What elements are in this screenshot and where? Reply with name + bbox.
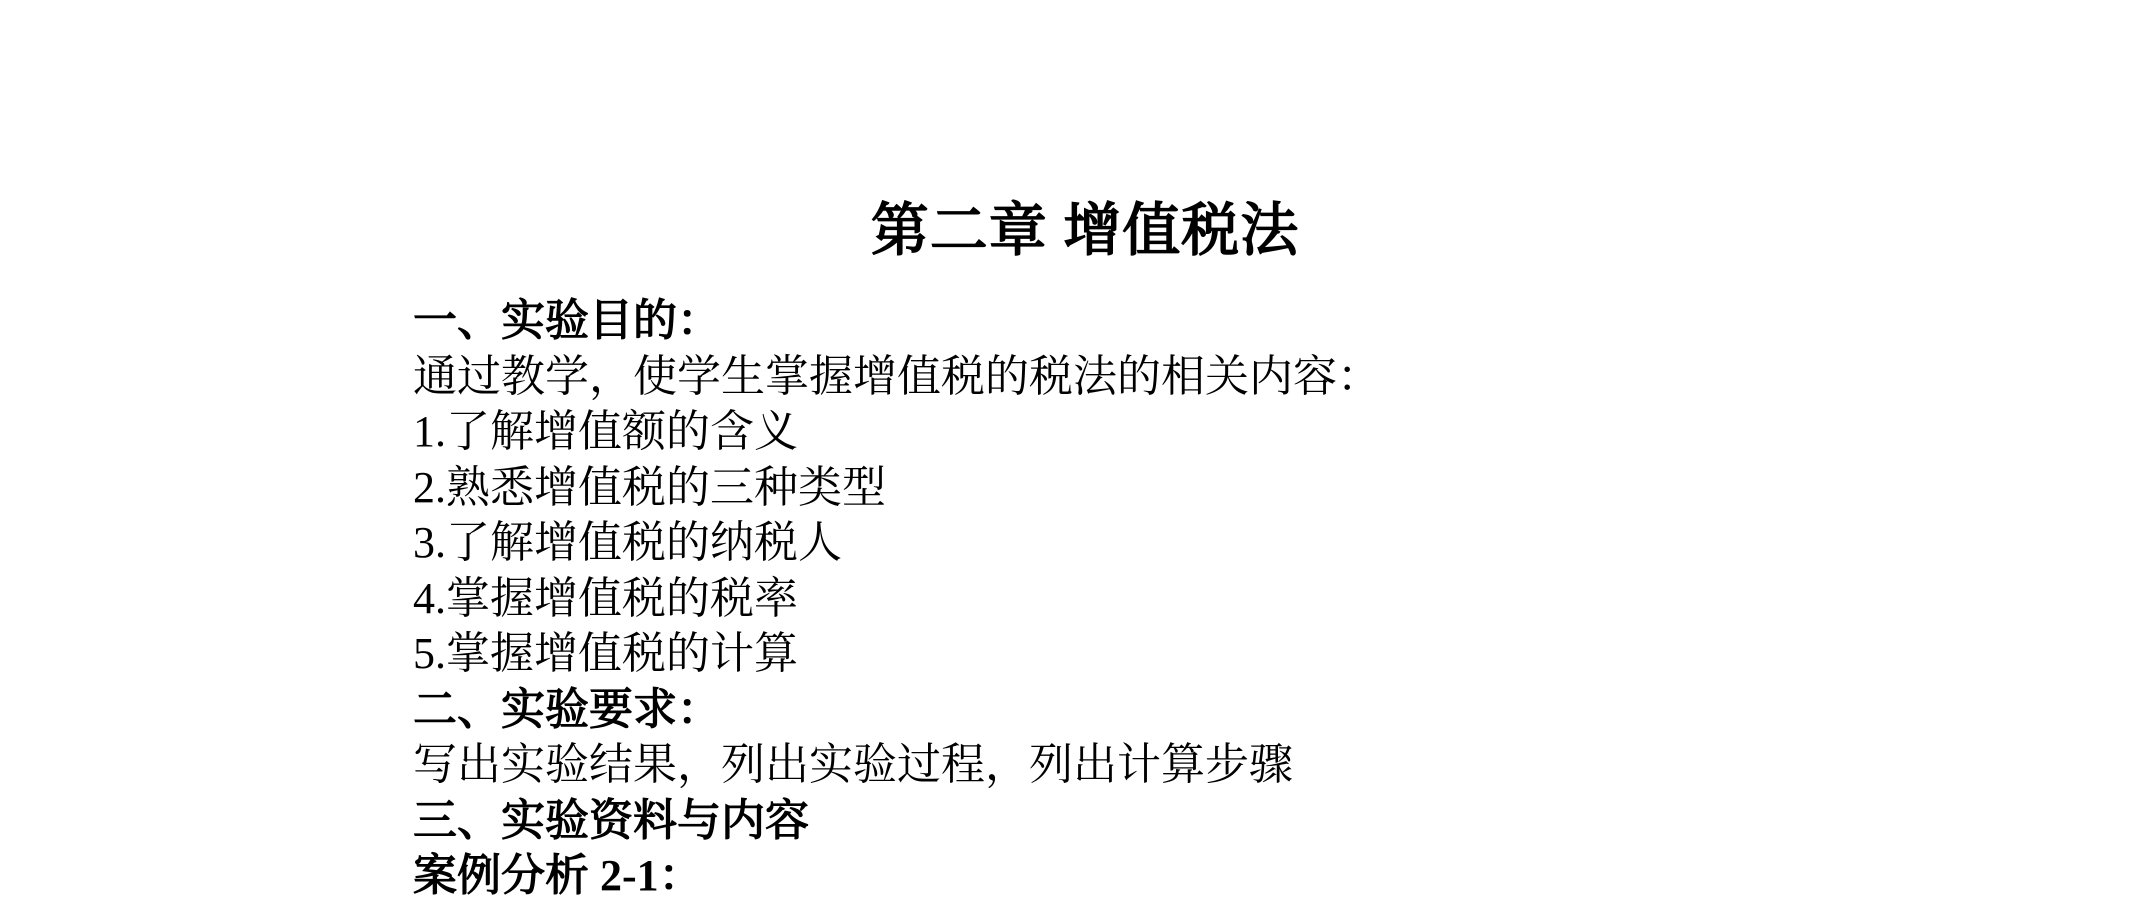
- case-analysis-heading: 案例分析 2-1：: [413, 848, 1913, 900]
- paragraph-purpose-intro: 通过教学，使学生掌握增值税的税法的相关内容：: [413, 349, 1913, 405]
- paragraph-requirements: 写出实验结果，列出实验过程，列出计算步骤: [413, 737, 1913, 793]
- list-item-3: 3.了解增值税的纳税人: [413, 515, 1913, 571]
- document-page: 第二章 增值税法 一、实验目的： 通过教学，使学生掌握增值税的税法的相关内容： …: [0, 0, 2149, 900]
- list-item-5: 5.掌握增值税的计算: [413, 626, 1913, 682]
- section-heading-experiment-purpose: 一、实验目的：: [413, 293, 1913, 349]
- section-heading-experiment-requirements: 二、实验要求：: [413, 682, 1913, 738]
- chapter-title: 第二章 增值税法: [0, 196, 2149, 266]
- list-item-1: 1.了解增值额的含义: [413, 404, 1913, 460]
- section-heading-experiment-materials: 三、实验资料与内容: [413, 793, 1913, 849]
- list-item-4: 4.掌握增值税的税率: [413, 571, 1913, 627]
- list-item-2: 2.熟悉增值税的三种类型: [413, 460, 1913, 516]
- document-body: 一、实验目的： 通过教学，使学生掌握增值税的税法的相关内容： 1.了解增值额的含…: [413, 293, 1913, 900]
